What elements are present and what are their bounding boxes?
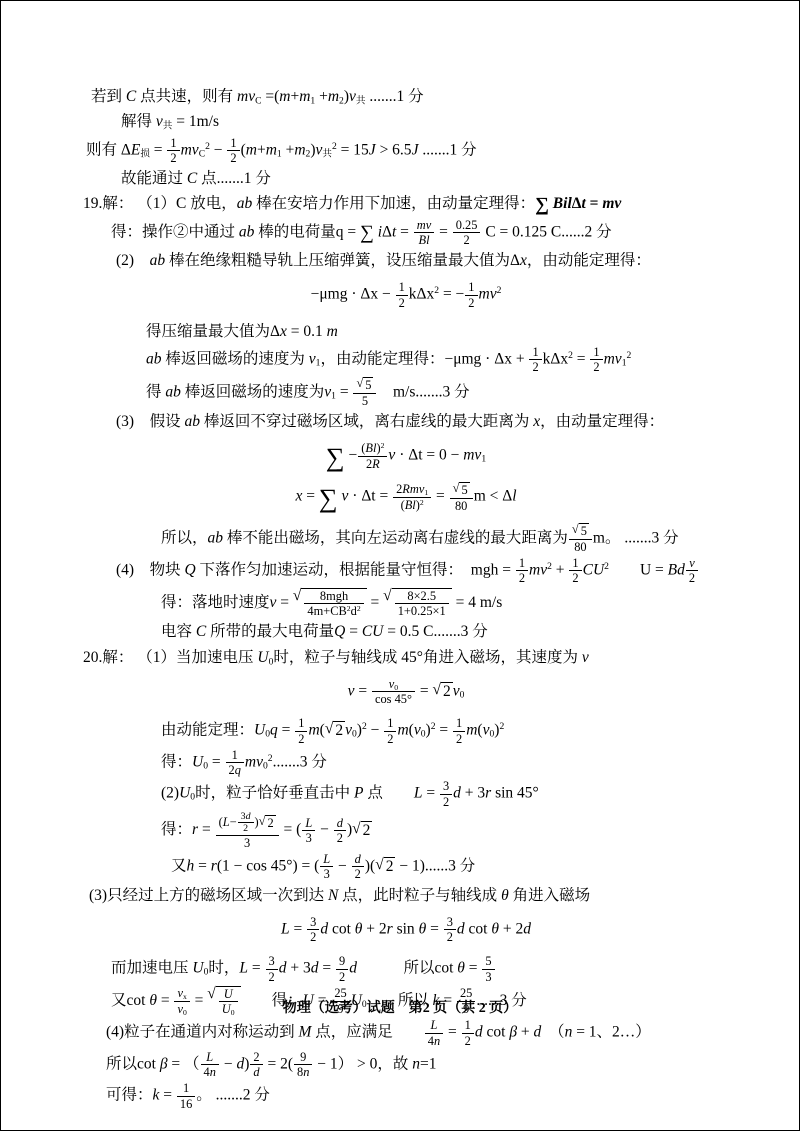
solution-line: 所以cot β = （L4n − d)2d = 2(98n − 1） > 0，故… — [106, 1050, 731, 1080]
solution-line: ab 棒返回磁场的速度为 v1，由动能定理得：−μmg · Δx + 12kΔx… — [146, 345, 731, 375]
solution-line: 得：落地时速度v = √8mgh4m+CB2d2 = √8×2.51+0.25×… — [161, 588, 731, 619]
solution-line: x = ∑ v · Δt = 2Rmv1(Bl)2 = √580m < Δl — [81, 481, 731, 512]
sum-symbol: ∑ — [319, 484, 338, 513]
solution-line: 故能通过 C 点.......1 分 — [121, 167, 731, 190]
solution-line: 由动能定理：U0q = 12m(√2v0)2 − 12m(v0)2 = 12m(… — [161, 716, 731, 746]
solution-line: 解得 v共 = 1m/s — [121, 110, 731, 133]
answer-sheet-page: 若到 C 点共速，则有 mvC =(m+m1 +m2)v共 .......1 分… — [0, 0, 800, 1131]
solution-line: 所以，ab 棒不能出磁场，其向左运动离右虚线的最大距离为√580m。 .....… — [161, 523, 731, 554]
solution-line: 19.解： （1）C 放电，ab 棒在安培力作用下加速，由动量定理得：∑ Bil… — [83, 192, 731, 215]
solution-lines: 若到 C 点共速，则有 mvC =(m+m1 +m2)v共 .......1 分… — [1, 1, 799, 1111]
solution-line: v = v0cos 45° = √2v0 — [81, 677, 731, 707]
solution-line: 得 ab 棒返回磁场的速度为v1 = √55 m/s.......3 分 — [146, 377, 731, 408]
solution-line: 则有 ΔE损 = 12mvC2 − 12(m+m1 +m2)v共2 = 15J … — [86, 136, 731, 166]
solution-line: (2) ab 棒在绝缘粗糙导轨上压缩弹簧，设压缩量最大值为Δx，由动能定理得： — [116, 249, 731, 272]
solution-line: ∑ −(Bl)22Rv · Δt = 0 − mv1 — [81, 441, 731, 471]
solution-line: (4)粒子在通道内对称运动到 M 点，应满足 L4n = 12d cot β +… — [106, 1018, 731, 1048]
solution-line: (3)只经过上方的磁场区域一次到达 N 点，此时粒子与轴线成 θ 角进入磁场 — [89, 884, 731, 907]
solution-line: 电容 C 所带的最大电荷量Q = CU = 0.5 C.......3 分 — [161, 620, 731, 643]
solution-line: 可得：k = 116。 .......2 分 — [106, 1081, 731, 1111]
solution-line: 得：U0 = 12qmv02.......3 分 — [161, 748, 731, 778]
sum-symbol: ∑ — [535, 195, 549, 216]
solution-line: 得压缩量最大值为Δx = 0.1 m — [146, 320, 731, 343]
solution-line: 若到 C 点共速，则有 mvC =(m+m1 +m2)v共 .......1 分 — [91, 85, 731, 108]
solution-line: L = 32d cot θ + 2r sin θ = 32d cot θ + 2… — [81, 915, 731, 945]
sum-symbol: ∑ — [360, 222, 374, 243]
solution-line: (2)U0时，粒子恰好垂直击中 P 点 L = 32d + 3r sin 45° — [161, 779, 731, 809]
solution-line: 得：r = (L−3d2)√23 = (L3 − d2)√2 — [161, 811, 731, 850]
page-footer: 物理（选考）试题 第2 页（共 2 页） — [1, 997, 799, 1017]
sum-symbol: ∑ — [326, 443, 345, 472]
solution-line: 20.解： （1）当加速电压 U0时，粒子与轴线成 45°角进入磁场，其速度为 … — [83, 646, 731, 669]
solution-line: −μmg · Δx − 12kΔx2 = −12mv2 — [81, 280, 731, 310]
solution-line: (3) 假设 ab 棒返回不穿过磁场区域，离右虚线的最大距离为 x，由动量定理得… — [116, 410, 731, 433]
solution-line: 而加速电压 U0时，L = 32d + 3d = 92d 所以cot θ = 5… — [111, 954, 731, 984]
solution-line: 得：操作②中通过 ab 棒的电荷量q = ∑ iΔt = mvBl = 0.25… — [111, 218, 731, 248]
solution-line: 又h = r(1 − cos 45°) = (L3 − d2)(√2 − 1).… — [171, 852, 731, 882]
solution-line: (4) 物块 Q 下落作匀加速运动，根据能量守恒得： mgh = 12mv2 +… — [116, 556, 731, 586]
